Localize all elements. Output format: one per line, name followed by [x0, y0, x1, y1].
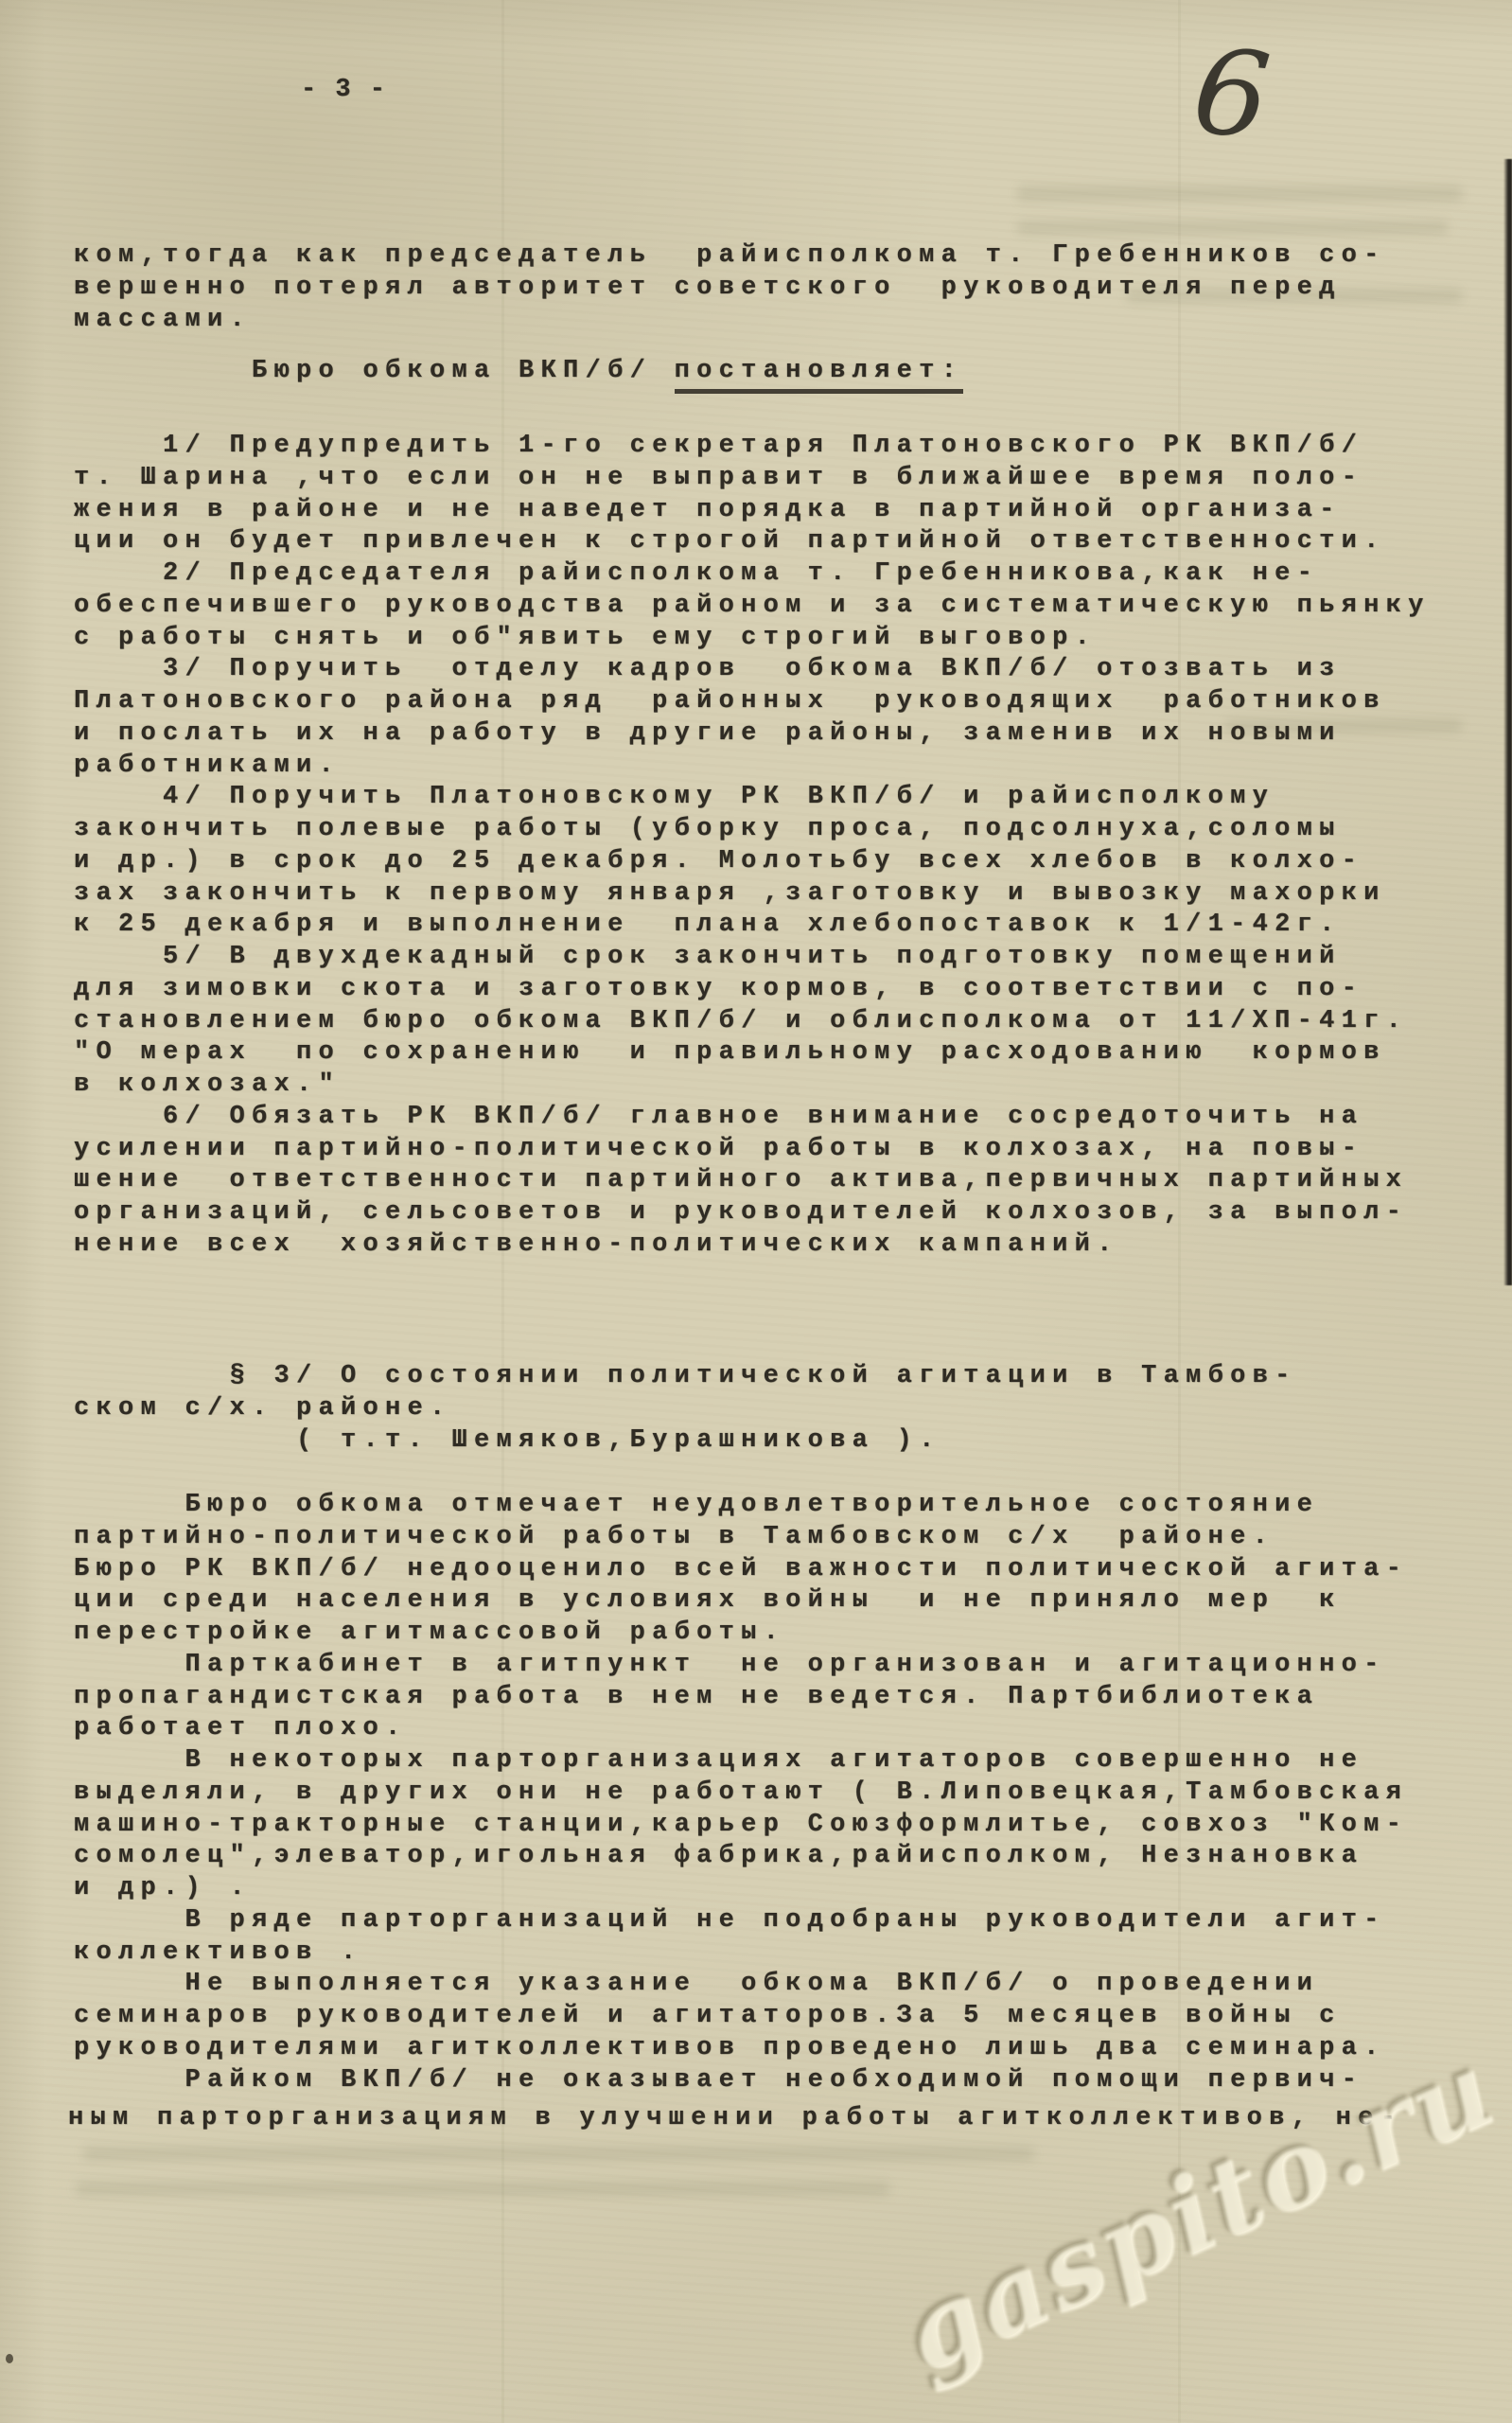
handwritten-folio-number: 6 [1188, 32, 1275, 157]
ink-bleed-artifact [1017, 186, 1462, 202]
resolution-heading-underlined-word: постановляет: [675, 356, 964, 394]
ink-bleed-artifact [1017, 221, 1448, 235]
continuation-paragraph: ком,тогда как председатель райисполкома … [74, 240, 1386, 336]
scan-edge-shadow [1503, 159, 1512, 1285]
resolution-heading: Бюро обкома ВКП/б/ постановляет: [74, 356, 963, 394]
section3-carryover-line: ным парторганизациям в улучшении работы … [68, 2103, 1402, 2135]
page-number: - 3 - [301, 75, 387, 107]
ink-bleed-artifact [76, 2182, 889, 2196]
resolution-heading-prefix: Бюро обкома ВКП/б/ [74, 357, 675, 385]
scanned-document-page: - 3 - 6 ком,тогда как председатель райис… [0, 0, 1512, 2423]
resolution-items: 1/ Предупредить 1-го секретаря Платоновс… [74, 431, 1431, 1262]
section3-body: Бюро обкома отмечает неудовлетворительно… [74, 1490, 1408, 2096]
ink-bleed-artifact [83, 2147, 1034, 2161]
section3-heading: § 3/ О состоянии политической агитации в… [74, 1361, 1297, 1457]
paper-speck [6, 2354, 13, 2363]
